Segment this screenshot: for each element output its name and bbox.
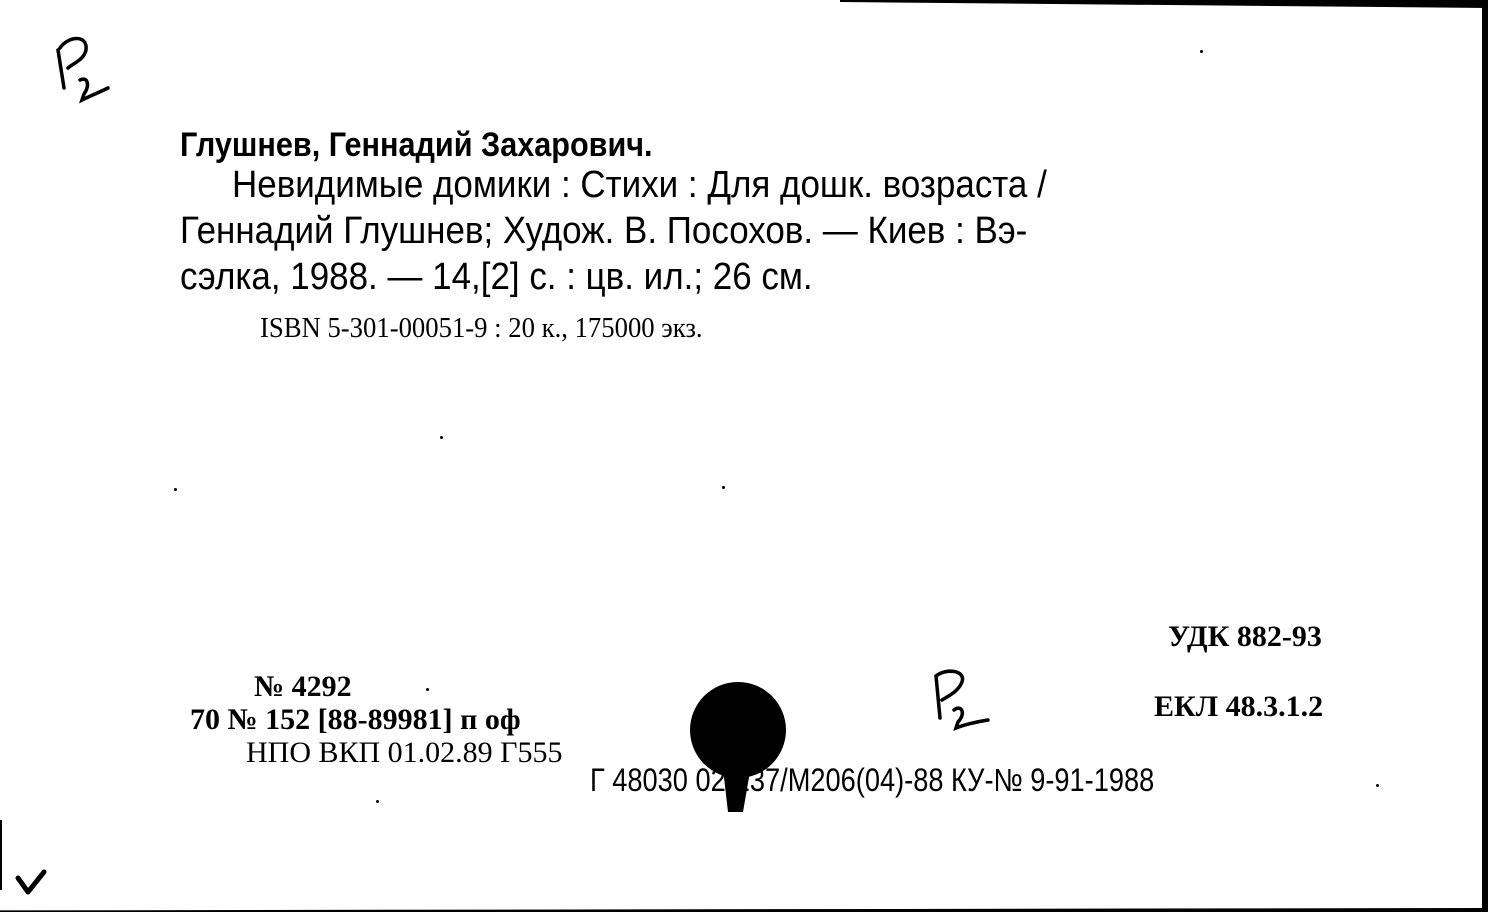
handwritten-mark-center — [926, 666, 1006, 736]
catalog-card: Глушнев, Геннадий Захарович. Невидимые д… — [0, 0, 1488, 912]
punch-hole-tail — [722, 760, 752, 812]
order-number: № 4292 — [254, 670, 352, 704]
classification-line: Г 48030 02-237/М206(04)-88 КУ-№ 9-91-198… — [590, 762, 1154, 799]
isbn-line: ISBN 5-301-00051-9 : 20 к., 175000 экз. — [260, 312, 703, 345]
speck — [722, 486, 725, 489]
author-heading: Глушнев, Геннадий Захарович. — [180, 126, 653, 165]
title-line-1: Невидимые домики : Стихи : Для дошк. воз… — [232, 164, 1047, 207]
check-mark-icon — [14, 868, 50, 898]
speck — [440, 436, 443, 439]
card-border-bottom — [0, 908, 1488, 912]
print-info-line: 70 № 152 [88-89981] п оф — [190, 703, 521, 737]
speck — [426, 688, 429, 691]
speck — [1376, 784, 1379, 787]
speck — [376, 800, 379, 803]
printer-line: НПО ВКП 01.02.89 Г555 — [246, 736, 563, 770]
udk-code: УДК 882-93 — [1168, 620, 1322, 654]
title-line-3: сэлка, 1988. — 14,[2] с. : цв. ил.; 26 с… — [180, 256, 813, 299]
card-border-left — [0, 820, 2, 890]
title-line-2: Геннадий Глушнев; Худож. В. Посохов. — К… — [180, 210, 1027, 253]
card-border-right — [1482, 0, 1488, 912]
handwritten-mark-top-left — [50, 28, 130, 108]
speck — [1200, 50, 1203, 53]
speck — [174, 488, 177, 491]
ekl-code: ЕКЛ 48.3.1.2 — [1154, 690, 1323, 724]
card-border-top — [840, 0, 1488, 8]
